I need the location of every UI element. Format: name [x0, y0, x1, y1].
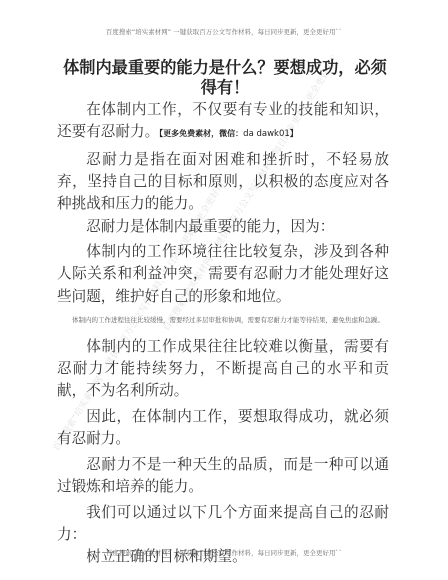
- promo-tag-prefix: 【更多免费素材，微信：: [159, 129, 243, 138]
- promo-tag-suffix: 】: [290, 129, 298, 138]
- title-line-1: 体制内最重要的能力是什么？要想成功，必须: [40, 58, 410, 78]
- promo-tag: 【更多免费素材，微信：da dawk01】: [159, 129, 298, 138]
- document-title: 体制内最重要的能力是什么？要想成功，必须 得有！: [40, 58, 410, 98]
- page-footer: 百度搜索“培实素材网” 一键获取百万公文写作材料，每日同步更新，更全更好用``: [0, 548, 448, 557]
- document-page: 百度搜索“培实素材网”一键获取百万公文写作材料，每日同步更新，更全更好用`` 百…: [0, 0, 448, 580]
- paragraph-5: 体制内的工作成果往往比较难以衡量，需要有忍耐力才能持续努力，不断提高自己的水平和…: [57, 336, 389, 403]
- paragraph-3: 忍耐力是体制内最重要的能力，因为：: [57, 216, 389, 238]
- title-line-2: 得有！: [40, 78, 410, 98]
- paragraph-7: 忍耐力不是一种天生的品质，而是一种可以通过锻炼和培养的能力。: [57, 454, 389, 498]
- promo-tag-code: da dawk01: [243, 129, 290, 139]
- document-body: 在体制内工作，不仅要有专业的技能和知识，还要有忍耐力。【更多免费素材，微信：da…: [57, 99, 389, 568]
- page-header: 百度搜索“培实素材网” 一键获取百万公文写作材料，每日同步更新，更全更好用``: [0, 27, 448, 36]
- paragraph-8: 我们可以通过以下几个方面来提高自己的忍耐力：: [57, 502, 389, 546]
- paragraph-1: 在体制内工作，不仅要有专业的技能和知识，还要有忍耐力。【更多免费素材，微信：da…: [57, 99, 389, 145]
- paragraph-2: 忍耐力是指在面对困难和挫折时，不轻易放弃，坚持自己的目标和原则，以积极的态度应对…: [57, 149, 389, 216]
- paragraph-4: 体制内的工作环境往往比较复杂，涉及到各种人际关系和利益冲突，需要有忍耐力才能处理…: [57, 241, 389, 308]
- paragraph-6: 因此，在体制内工作，要想取得成功，就必须有忍耐力。: [57, 406, 389, 450]
- paragraph-small: 体制内的工作进程往往比较缓慢，需要经过多层审批和协调，需要有忍耐力才能等待结果，…: [57, 310, 389, 330]
